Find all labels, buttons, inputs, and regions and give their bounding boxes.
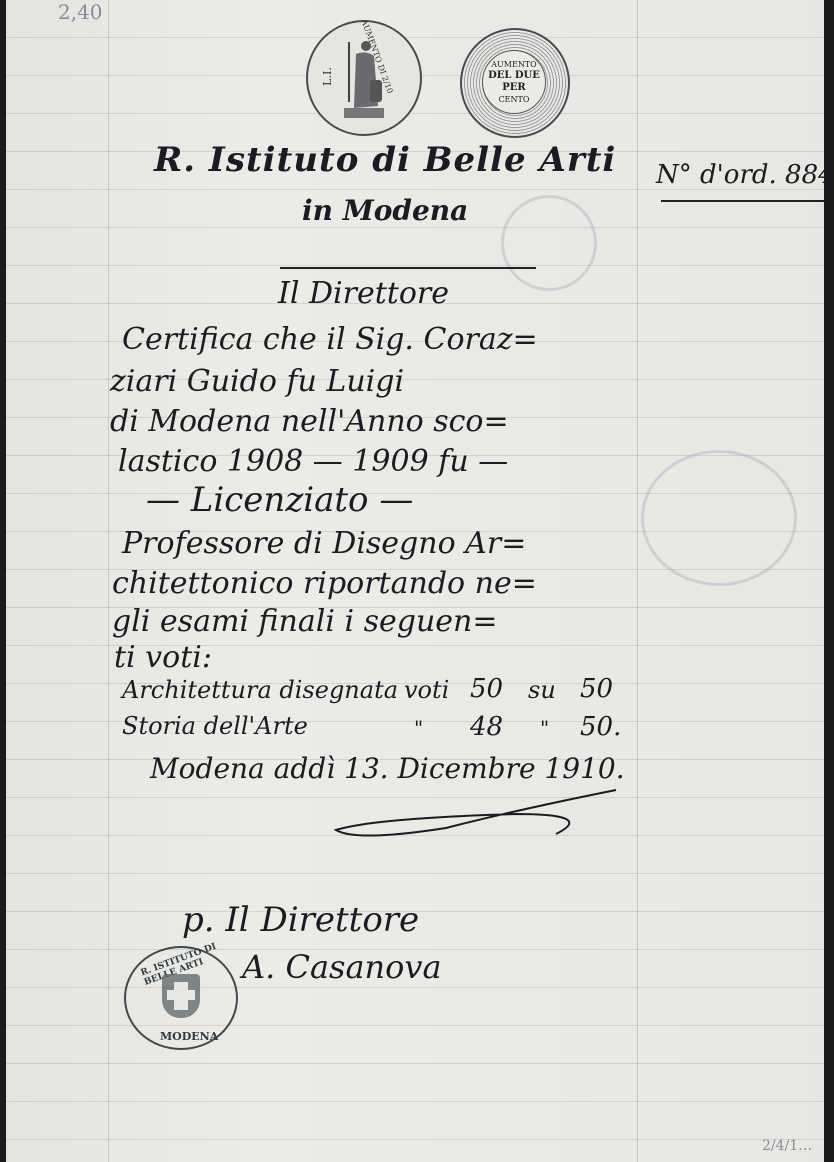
body-line-6: chitettonico riportando ne=: [112, 566, 537, 601]
institute-seal: R. ISTITUTO DI BELLE ARTI MODENA: [124, 946, 238, 1050]
grade-subject: Storia dell'Arte: [122, 712, 308, 740]
protocol-number: N° d'ord. 884 —: [656, 160, 834, 190]
stamp-line2: DEL DUE PER: [483, 70, 545, 95]
grade-max: 50.: [580, 712, 621, 742]
body-line-1: Certifica che il Sig. Coraz=: [122, 322, 538, 357]
seal-bottom-text: MODENA: [160, 1030, 218, 1043]
revenue-stamp-due-per-cento: AUMENTO DEL DUE PER CENTO: [460, 28, 570, 138]
institution-name: R. Istituto di Belle Arti: [154, 140, 616, 180]
margin-rule-left: [108, 0, 109, 1162]
revenue-stamp-figure: L.I. AUMENTO DI 2/10: [306, 20, 422, 136]
body-line-8: ti voti:: [114, 640, 212, 675]
status-licenziato: — Licenziato —: [146, 480, 413, 520]
signature-title: p. Il Direttore: [182, 900, 419, 940]
grade-subject: Architettura disegnata: [122, 676, 398, 704]
stamp-line3: CENTO: [499, 95, 530, 105]
savoy-crest-icon: [162, 974, 200, 1018]
institution-city: in Modena: [302, 194, 468, 227]
body-line-3: di Modena nell'Anno sco=: [110, 404, 509, 439]
grade-label: voti: [404, 676, 449, 704]
margin-rule-right: [637, 0, 638, 1162]
stamp-left-label: L.I.: [321, 67, 334, 86]
corner-note: 2,40: [58, 0, 103, 24]
certificate-page: 2,40 L.I. AUMENTO DI 2/10 AUMENTO DEL DU…: [6, 0, 824, 1162]
body-line-7: gli esami finali i seguen=: [112, 604, 498, 639]
grade-max: 50: [580, 674, 613, 704]
grade-score: 48: [470, 712, 503, 742]
allegorical-figure-icon: [342, 36, 386, 122]
header-divider: [280, 267, 536, 269]
body-title: Il Direttore: [278, 276, 449, 311]
body-line-5: Professore di Disegno Ar=: [122, 526, 526, 561]
grade-label: ": [414, 716, 423, 740]
faded-stamp-top: [501, 195, 597, 291]
body-line-2: ziari Guido fu Luigi: [110, 364, 404, 399]
faded-stamp-right: [641, 450, 797, 586]
signature-name: A. Casanova: [242, 948, 442, 986]
body-line-4: lastico 1908 — 1909 fu —: [118, 444, 508, 479]
protocol-underline: [661, 200, 826, 202]
grade-sep: ": [540, 716, 549, 740]
stamp-line1: AUMENTO: [491, 60, 536, 70]
grade-sep: su: [528, 676, 556, 704]
bottom-note: 2/4/1…: [762, 1138, 812, 1154]
grade-score: 50: [470, 674, 503, 704]
flourish-icon: [316, 770, 636, 850]
